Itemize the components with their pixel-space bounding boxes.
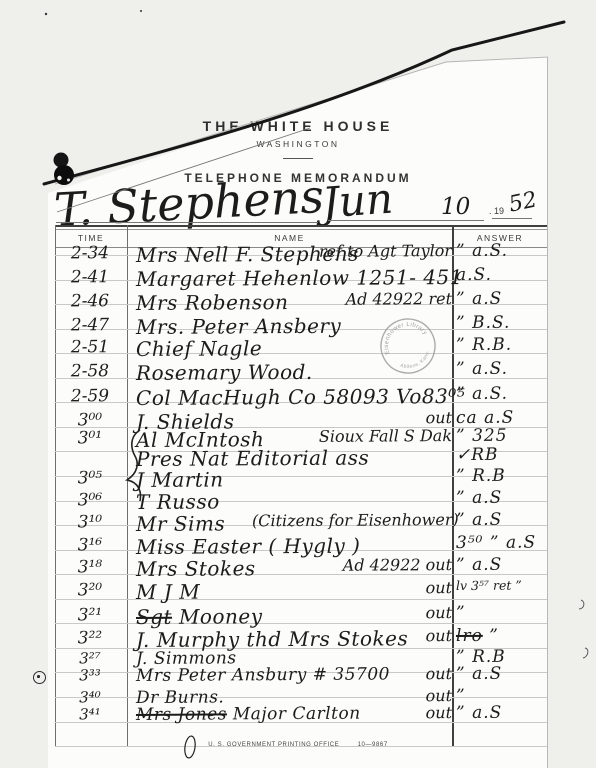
row-name: M J M <box>136 580 200 604</box>
row-note: (Citizens for Eisenhower) <box>252 510 452 530</box>
row-name: Mr Sims <box>136 511 225 536</box>
eisenhower-library-stamp: Eisenhower Library Abilene, Kans. <box>363 301 453 391</box>
row-answer-text: ” a.S <box>456 488 502 508</box>
letterhead-subtitle: WASHINGTON <box>48 139 548 149</box>
row-name-text: Mooney <box>172 604 263 629</box>
row-answer-text: ” a.S <box>456 289 502 309</box>
row-answer-text: ” <box>456 603 466 623</box>
row-note: Ad 42922 out <box>252 555 452 575</box>
row-time: 2-58 <box>56 361 124 381</box>
printed-year-prefix: . 19 <box>489 206 504 216</box>
row-answer: ” a.S. <box>456 241 508 261</box>
year-writing-line <box>492 218 532 219</box>
row-answer-text: ” 325 <box>456 426 508 446</box>
row-note: out <box>252 626 452 646</box>
row-answer-text: a.S. <box>456 265 492 285</box>
row-name: Rosemary Wood. <box>136 360 313 385</box>
row-time: 3¹⁸ <box>56 557 124 577</box>
table-top-border-inner <box>55 229 548 230</box>
scanned-telephone-memorandum: THE WHITE HOUSE WASHINGTON TELEPHONE MEM… <box>0 0 596 768</box>
row-answer-text: ” R.B <box>456 466 506 486</box>
row-answer: ” a.S. <box>456 359 508 379</box>
row-note: ref to Agt Taylor <box>252 241 452 261</box>
row-time: 3¹⁰ <box>56 512 124 532</box>
row-answer-text: ” a.S <box>456 510 502 530</box>
row-time: 3²⁰ <box>56 580 124 600</box>
row-answer-text: ” a.S. <box>456 241 508 261</box>
row-note <box>252 647 452 648</box>
row-name-struck: Sgt <box>136 605 172 629</box>
row-note: out <box>252 664 452 684</box>
row-answer: 3⁵⁰ ” a.S <box>456 533 536 553</box>
row-time: 3³³ <box>56 666 124 684</box>
letterhead-divider <box>283 158 313 159</box>
row-answer: lv 3⁵⁷ ret ” <box>456 578 522 593</box>
row-time: 3⁰⁵ <box>56 468 124 488</box>
row-answer: ” a.S <box>456 488 502 508</box>
row-answer-text: ” B.S. <box>456 313 511 333</box>
row-time: 2-34 <box>56 243 124 263</box>
row-answer-text: 3⁵⁰ ” a.S <box>456 533 536 553</box>
row-name: Mrs Stokes <box>136 556 256 581</box>
row-answer: ” a.S <box>456 510 502 530</box>
row-answer: ” a.S <box>456 555 502 575</box>
row-answer: ” a.S <box>456 289 502 309</box>
grommet-top <box>54 153 69 168</box>
row-name-text: Chief Nagle <box>136 336 262 361</box>
row-answer: ” 325 <box>456 426 508 446</box>
row-answer: ” a.S. <box>456 384 508 404</box>
row-time: 3⁰¹ <box>56 428 124 448</box>
column-header-time: TIME <box>55 233 127 243</box>
row-answer-text: ” a.S <box>456 555 502 575</box>
row-name-text: J Martin <box>136 467 224 492</box>
row-time: 2-41 <box>56 267 124 287</box>
table-row: 3⁴¹ Mrs Jones Major Carlton out ” a.S <box>0 702 596 732</box>
row-answer: ” R.B <box>456 466 506 486</box>
letterhead-title: THE WHITE HOUSE <box>48 118 548 134</box>
row-time: 3⁰⁶ <box>56 490 124 510</box>
gpo-imprint-text: U. S. GOVERNMENT PRINTING OFFICE <box>208 742 339 748</box>
row-answer-text: ” R.B. <box>456 335 512 355</box>
row-name: J Martin <box>136 467 224 492</box>
row-time: 2-47 <box>56 315 124 335</box>
row-name: T Russo <box>136 489 220 514</box>
row-note <box>252 466 452 467</box>
row-answer: ” a.S <box>456 664 502 684</box>
row-name-text: M J M <box>136 580 200 604</box>
date-writing-line <box>328 220 484 221</box>
row-note: out <box>252 408 452 428</box>
row-answer-text: ” a.S <box>456 664 502 684</box>
memo-date-day: 10 <box>441 194 470 220</box>
row-answer-text: ” a.S. <box>456 359 508 379</box>
row-answer-text: lv 3⁵⁷ ret ” <box>456 578 522 593</box>
row-answer: ” a.S <box>456 703 502 723</box>
row-answer-struck: lro <box>456 626 483 646</box>
row-time: 3⁴¹ <box>56 705 124 723</box>
row-answer-text: ✓RB <box>456 445 499 465</box>
row-name-text: Mr Sims <box>136 511 225 536</box>
row-note: out <box>252 578 452 598</box>
row-name-text: Margaret Hehenlow 1251- 451 <box>136 265 463 291</box>
row-time: 3⁴⁰ <box>56 688 124 706</box>
row-answer: ” <box>456 603 466 623</box>
table-top-border <box>55 225 548 227</box>
row-name: Margaret Hehenlow 1251- 451 <box>136 265 463 291</box>
row-name-text: Rosemary Wood. <box>136 360 313 385</box>
row-answer: ” R.B. <box>456 335 512 355</box>
row-answer: lro ” <box>456 626 499 646</box>
row-time: 2-46 <box>56 291 124 311</box>
speck-1 <box>45 13 47 15</box>
row-time: 3²² <box>56 628 124 648</box>
speck-2 <box>140 10 142 12</box>
row-answer: a.S. <box>456 265 492 285</box>
row-time: 3²⁷ <box>56 649 124 667</box>
row-name-text: Mrs Stokes <box>136 556 256 581</box>
row-note <box>252 488 452 489</box>
margin-doodle-icon <box>33 671 46 684</box>
row-note: Sioux Fall S Dak <box>252 426 452 446</box>
row-answer-text: ” a.S <box>456 703 502 723</box>
row-answer-text: ” <box>483 626 499 646</box>
row-name: Chief Nagle <box>136 336 262 361</box>
name-writing-line <box>56 222 318 223</box>
row-time: 3²¹ <box>56 605 124 625</box>
row-name: Sgt Mooney <box>136 604 263 629</box>
row-note: out <box>252 703 452 723</box>
row-answer-text: ” a.S. <box>456 384 508 404</box>
row-answer: ” B.S. <box>456 313 511 333</box>
form-number: 10—9867 <box>358 742 388 748</box>
row-time: 2-51 <box>56 337 124 357</box>
row-time: 3¹⁶ <box>56 535 124 555</box>
row-answer: ✓RB <box>456 445 499 465</box>
row-time: 2-59 <box>56 386 124 406</box>
row-name-text: T Russo <box>136 489 220 514</box>
row-name-struck: Mrs Jones <box>136 704 227 725</box>
row-note: out <box>252 603 452 623</box>
gpo-imprint: U. S. GOVERNMENT PRINTING OFFICE 10—9867 <box>48 742 548 748</box>
